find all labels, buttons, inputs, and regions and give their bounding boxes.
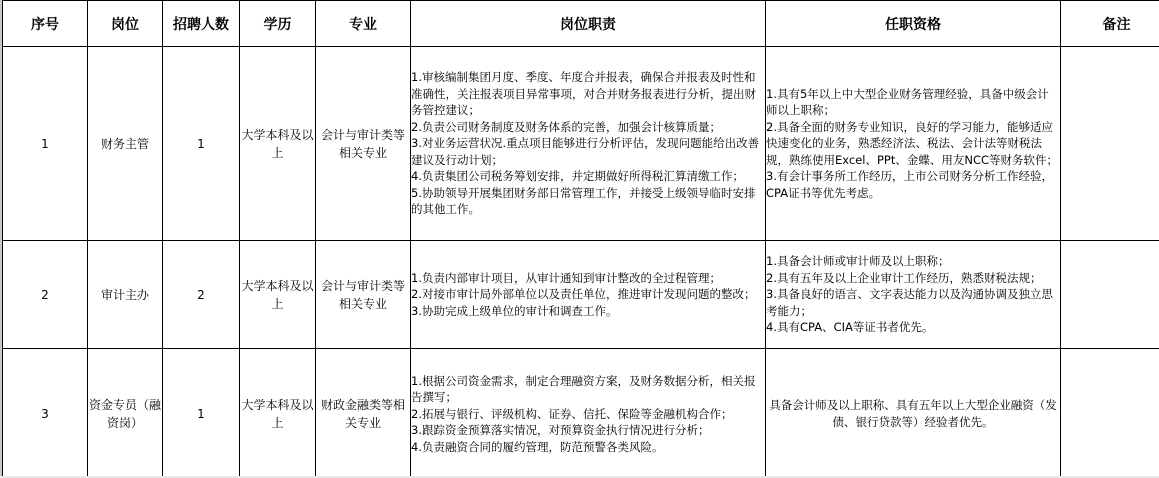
duty-item: 1.根据公司资金需求，制定合理融资方案，及财务数据分析，相关报告撰写；	[411, 373, 765, 406]
qualification-item: 1.具备会计师或审计师及以上职称；	[766, 253, 1060, 270]
cell-major[interactable]: 会计与审计类等相关专业	[316, 47, 411, 241]
header-qualifications[interactable]: 任职资格	[766, 1, 1061, 47]
duty-item: 3.协助完成上级单位的审计和调查工作。	[411, 303, 765, 320]
cell-headcount[interactable]: 2	[163, 241, 240, 349]
header-duties[interactable]: 岗位职责	[411, 1, 766, 47]
header-education[interactable]: 学历	[240, 1, 316, 47]
header-row: 序号 岗位 招聘人数 学历 专业 岗位职责 任职资格 备注	[3, 1, 1159, 47]
qualification-item: 3.有会计事务所工作经历，上市公司财务分析工作经验，CPA证书等优先考虑。	[766, 168, 1060, 201]
cell-qualifications[interactable]: 具备会计师及以上职称、具有五年以上大型企业融资（发债、银行贷款等）经验者优先。	[766, 349, 1061, 478]
cell-remarks[interactable]	[1061, 241, 1159, 349]
cell-qualifications[interactable]: 1.具备会计师或审计师及以上职称； 2.具有五年及以上企业审计工作经历，熟悉财税…	[766, 241, 1061, 349]
duty-item: 5.协助领导开展集团财务部日常管理工作，并接受上级领导临时安排的其他工作。	[411, 185, 765, 218]
cell-qualifications[interactable]: 1.具有5年以上中大型企业财务管理经验，具备中级会计师以上职称； 2.具备全面的…	[766, 47, 1061, 241]
qualification-item: 3.具备良好的语言、文字表达能力以及沟通协调及独立思考能力；	[766, 286, 1060, 319]
qualification-item: 2.具备全面的财务专业知识，良好的学习能力，能够适应快速变化的业务，熟悉经济法、…	[766, 119, 1060, 169]
duty-item: 2.对接市审计局外部单位以及责任单位，推进审计发现问题的整改；	[411, 286, 765, 303]
duty-item: 2.拓展与银行、评级机构、证券、信托、保险等金融机构合作；	[411, 406, 765, 423]
cell-remarks[interactable]	[1061, 349, 1159, 478]
cell-index[interactable]: 2	[3, 241, 88, 349]
cell-index[interactable]: 1	[3, 47, 88, 241]
cell-position[interactable]: 审计主办	[88, 241, 163, 349]
cell-position[interactable]: 财务主管	[88, 47, 163, 241]
cell-education[interactable]: 大学本科及以上	[240, 241, 316, 349]
duty-item: 1.负责内部审计项目，从审计通知到审计整改的全过程管理；	[411, 270, 765, 287]
table-row: 1 财务主管 1 大学本科及以上 会计与审计类等相关专业 1.审核编制集团月度、…	[3, 47, 1159, 241]
cell-remarks[interactable]	[1061, 47, 1159, 241]
cell-duties[interactable]: 1.负责内部审计项目，从审计通知到审计整改的全过程管理； 2.对接市审计局外部单…	[411, 241, 766, 349]
duty-item: 3.跟踪资金预算落实情况，对预算资金执行情况进行分析；	[411, 422, 765, 439]
header-headcount[interactable]: 招聘人数	[163, 1, 240, 47]
table-row: 2 审计主办 2 大学本科及以上 会计与审计类等相关专业 1.负责内部审计项目，…	[3, 241, 1159, 349]
qualification-item: 4.具有CPA、CIA等证书者优先。	[766, 319, 1060, 336]
header-position[interactable]: 岗位	[88, 1, 163, 47]
cell-duties[interactable]: 1.根据公司资金需求，制定合理融资方案，及财务数据分析，相关报告撰写； 2.拓展…	[411, 349, 766, 478]
cell-duties[interactable]: 1.审核编制集团月度、季度、年度合并报表，确保合并报表及时性和准确性，关注报表项…	[411, 47, 766, 241]
duty-item: 1.审核编制集团月度、季度、年度合并报表，确保合并报表及时性和准确性，关注报表项…	[411, 69, 765, 119]
qualification-item: 2.具有五年及以上企业审计工作经历，熟悉财税法规；	[766, 270, 1060, 287]
duty-item: 2.负责公司财务制度及财务体系的完善，加强会计核算质量；	[411, 119, 765, 136]
duty-item: 4.负责融资合同的履约管理，防范预警各类风险。	[411, 439, 765, 456]
cell-index[interactable]: 3	[3, 349, 88, 478]
cell-major[interactable]: 会计与审计类等相关专业	[316, 241, 411, 349]
header-remarks[interactable]: 备注	[1061, 1, 1159, 47]
table-row: 3 资金专员（融资岗） 1 大学本科及以上 财政金融类等相关专业 1.根据公司资…	[3, 349, 1159, 478]
header-index[interactable]: 序号	[3, 1, 88, 47]
qualification-item: 1.具有5年以上中大型企业财务管理经验，具备中级会计师以上职称；	[766, 86, 1060, 119]
cell-major[interactable]: 财政金融类等相关专业	[316, 349, 411, 478]
cell-position[interactable]: 资金专员（融资岗）	[88, 349, 163, 478]
header-major[interactable]: 专业	[316, 1, 411, 47]
cell-education[interactable]: 大学本科及以上	[240, 349, 316, 478]
recruitment-table: 序号 岗位 招聘人数 学历 专业 岗位职责 任职资格 备注 1 财务主管 1 大…	[2, 0, 1159, 478]
cell-headcount[interactable]: 1	[163, 47, 240, 241]
duty-item: 3.对业务运营状况.重点项目能够进行分析评估，发现问题能给出改善建议及行动计划；	[411, 135, 765, 168]
cell-education[interactable]: 大学本科及以上	[240, 47, 316, 241]
cell-headcount[interactable]: 1	[163, 349, 240, 478]
duty-item: 4.负责集团公司税务筹划安排，并定期做好所得税汇算清缴工作；	[411, 168, 765, 185]
